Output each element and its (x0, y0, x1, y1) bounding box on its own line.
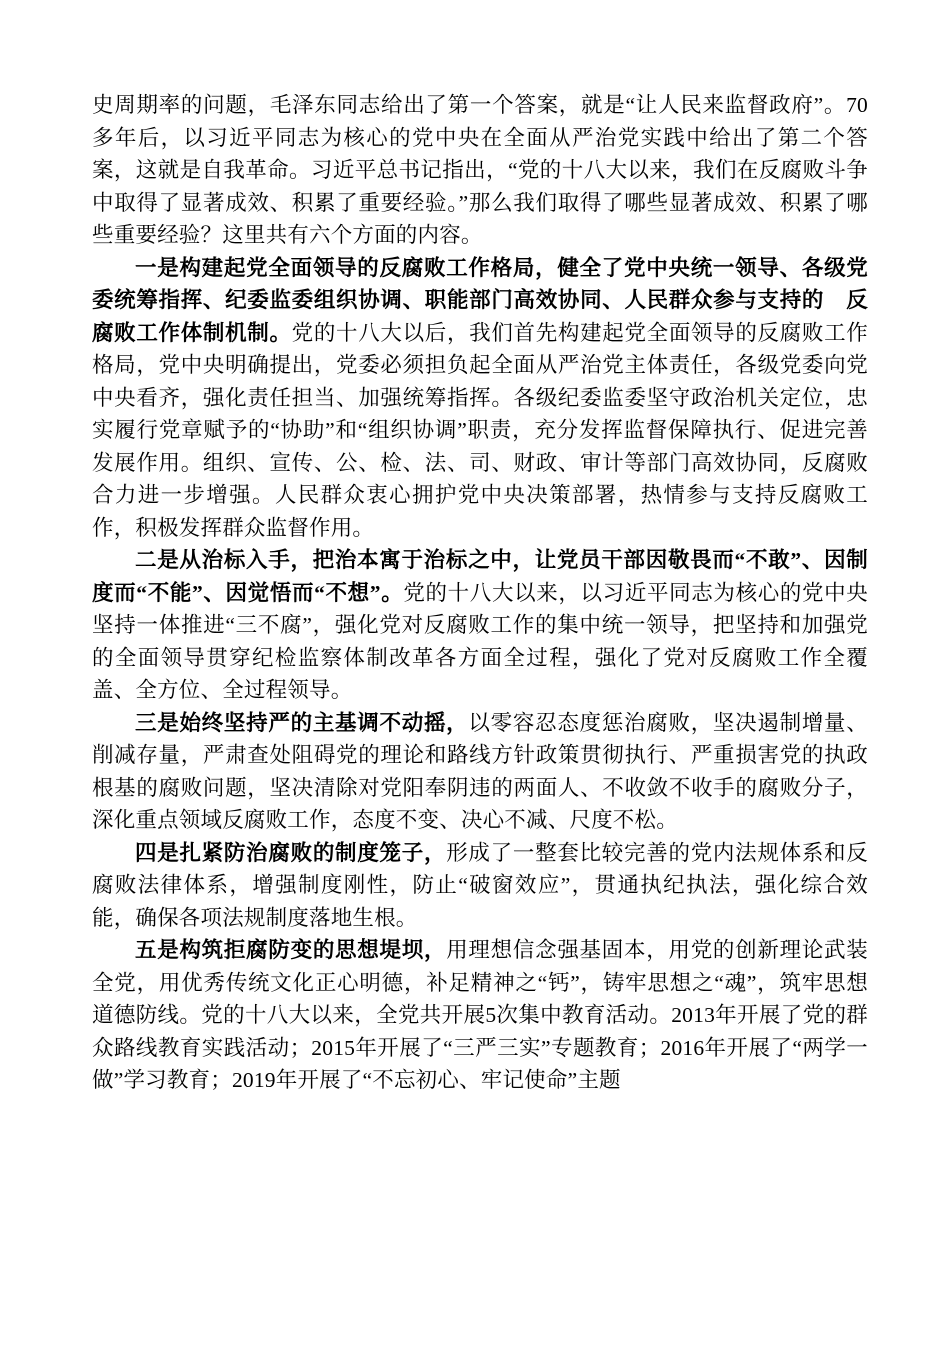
paragraph-point-1: 一是构建起党全面领导的反腐败工作格局，健全了党中央统一领导、各级党委统筹指挥、纪… (92, 252, 868, 545)
bold-lead-text: 五是构筑拒腐防变的思想堤坝， (135, 938, 446, 962)
paragraph-point-2: 二是从治标入手，把治本寓于治标之中，让党员干部因敬畏而“不敢”、因制度而“不能”… (92, 544, 868, 707)
paragraph-intro: 史周期率的问题，毛泽东同志给出了第一个答案，就是“让人民来监督政府”。70多年后… (92, 89, 868, 252)
paragraph-point-5: 五是构筑拒腐防变的思想堤坝，用理想信念强基固本，用党的创新理论武装全党，用优秀传… (92, 934, 868, 1097)
bold-lead-text: 三是始终坚持严的主基调不动摇， (135, 711, 468, 735)
document-body: 史周期率的问题，毛泽东同志给出了第一个答案，就是“让人民来监督政府”。70多年后… (92, 89, 868, 1097)
document-page: 史周期率的问题，毛泽东同志给出了第一个答案，就是“让人民来监督政府”。70多年后… (0, 0, 950, 1345)
paragraph-point-4: 四是扎紧防治腐败的制度笼子，形成了一整套比较完善的党内法规体系和反腐败法律体系，… (92, 837, 868, 935)
paragraph-point-3: 三是始终坚持严的主基调不动摇，以零容忍态度惩治腐败，坚决遏制增量、削减存量，严肃… (92, 707, 868, 837)
bold-lead-text: 四是扎紧防治腐败的制度笼子， (135, 841, 446, 865)
body-text: 史周期率的问题，毛泽东同志给出了第一个答案，就是“让人民来监督政府”。70多年后… (92, 93, 868, 247)
body-text: 党的十八大以后，我们首先构建起党全面领导的反腐败工作格局，党中央明确提出，党委必… (92, 321, 868, 540)
